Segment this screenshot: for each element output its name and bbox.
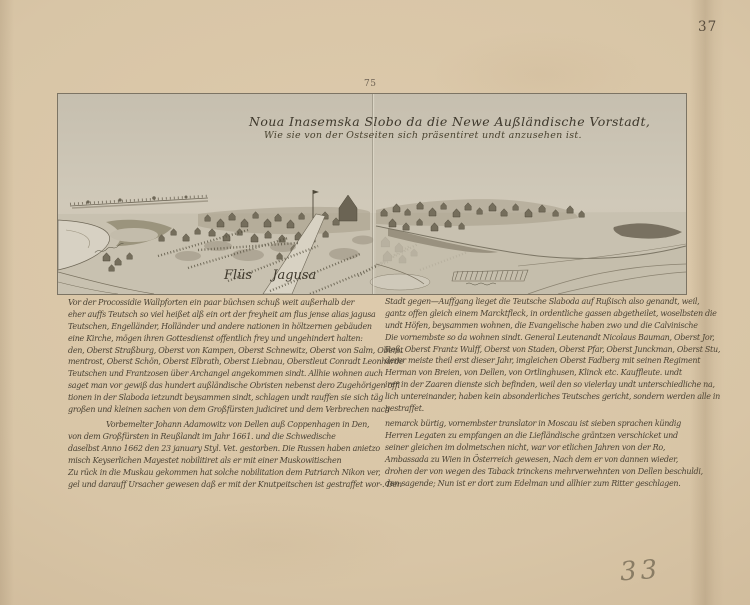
manuscript-line: den sagende; Nun ist er dort zum Edelman… (385, 478, 700, 490)
manuscript-line: Teutschen und Frantzosen über Archangel … (68, 368, 380, 380)
manuscript-line: drohen der von wegen des Taback trincken… (385, 466, 700, 478)
manuscript-line: seiner gleichen im dolmetschen nicht, wa… (385, 442, 700, 454)
engraving-plate: Noua Inasemska Slobo da die Newe Außländ… (57, 93, 687, 295)
manuscript-line: eher auffs Teutsch so viel heißet alß ei… (68, 309, 380, 321)
manuscript-line: großen und kleinen sachen von dem Großfü… (68, 404, 380, 416)
manuscript-line: Herren Legaten zu empfangen an die Liefl… (385, 430, 700, 442)
river-label-word2: Jagusa (272, 268, 316, 283)
river-label: FlüsJagusa (224, 268, 316, 283)
manuscript-line: Teutschen, Engelländer, Holländer und an… (68, 321, 380, 333)
manuscript-line: Vor der Procossidie Wallpforten ein paar… (68, 297, 380, 309)
paragraph: Vorbemelter Johann Adamowitz von Dellen … (68, 419, 380, 490)
river-label-word1: Flüs (224, 268, 252, 283)
manuscript-line: gantz offen gleich einem Marcktfleck, in… (385, 308, 700, 320)
manuscript-line: Ambassada zu Wien in Österreich gewesen,… (385, 454, 700, 466)
left-edge-shade (0, 0, 14, 605)
manuscript-left-column: Vor der Procossidie Wallpforten ein paar… (68, 297, 380, 491)
manuscript-line: Vorbemelter Johann Adamowitz von Dellen … (68, 419, 380, 431)
plate-title-line1: Noua Inasemska Slobo da die Newe Außländ… (249, 114, 650, 129)
binding-shadow (690, 0, 724, 605)
paper-stain (120, 500, 420, 590)
plate-number: 75 (364, 79, 376, 89)
manuscript-line: derer meiste theil erst dieser Jahr, img… (385, 355, 700, 367)
manuscript-line: nemarck bürtig, vornembster translator i… (385, 418, 700, 430)
manuscript-line: Herman von Breien, von Dellen, von Ortli… (385, 367, 700, 379)
plate-title-line2: Wie sie von der Ostseiten sich präsentir… (264, 130, 582, 141)
manuscript-right-column: Stadt gegen—Auffgang lieget die Teutsche… (385, 296, 700, 490)
manuscript-line: saget man vor gewiß das hundert außländi… (68, 380, 380, 392)
manuscript-line: gestraffet. (385, 403, 700, 415)
manuscript-line: mentrost, Oberst Schön, Oberst Elbrath, … (68, 356, 380, 368)
manuscript-line: tionen in der Slaboda ietzundt beysammen… (68, 392, 380, 404)
manuscript-line: gel und darauff Ursacher gewesen daß er … (68, 479, 380, 491)
manuscript-line: misch Keyserlichen Mayestet nobilitiret … (68, 455, 380, 467)
manuscript-line: den, Oberst Straßburg, Oberst von Kampen… (68, 345, 380, 357)
manuscript-line: von dem Großfürsten in Reußlandt im Jahr… (68, 431, 380, 443)
manuscript-line: irer in der Zaaren dienste sich befinden… (385, 379, 700, 391)
manuscript-line: Die vornembste so da wohnen sindt. Gener… (385, 332, 700, 344)
manuscript-line: undt Höfen, beysammen wohnen, die Evange… (385, 320, 700, 332)
manuscript-line: daselbst Anno 1662 den 23 january Styl. … (68, 443, 380, 455)
pencil-annotation: 33 (619, 555, 662, 588)
manuscript-line: lich untereinander, haben kein absonderl… (385, 391, 700, 403)
manuscript-line: eine Kirche, mögen ihren Gottesdienst of… (68, 333, 380, 345)
manuscript-line: Reß, Oberst Frantz Wulff, Oberst von Sta… (385, 344, 700, 356)
paragraph: nemarck bürtig, vornembster translator i… (385, 418, 700, 489)
paragraph: Stadt gegen—Auffgang lieget die Teutsche… (385, 296, 700, 415)
manuscript-line: Zu rück in die Muskau gekommen hat solch… (68, 467, 380, 479)
scan-page: 37 75 (0, 0, 750, 605)
manuscript-line: Stadt gegen—Auffgang lieget die Teutsche… (385, 296, 700, 308)
paragraph: Vor der Procossidie Wallpforten ein paar… (68, 297, 380, 416)
